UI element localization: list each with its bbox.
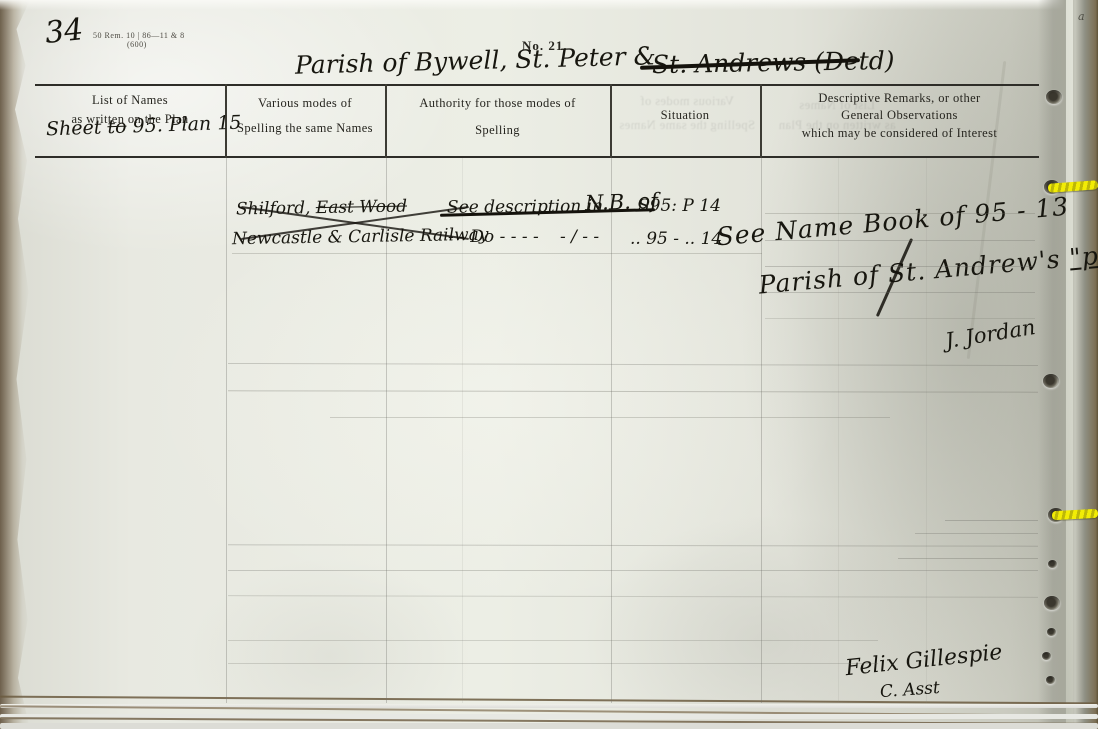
header-authority: Authority for those modes of (385, 96, 610, 111)
binding-hole (1047, 628, 1056, 636)
header-list-of-names: List of Names (35, 93, 225, 108)
bleed-through-text: as written on the Plan (772, 118, 902, 133)
bleed-through-text: Various modes of (612, 94, 762, 109)
binding-hole (1043, 374, 1059, 388)
column-divider-body (611, 158, 612, 703)
entry-name-struck: East Wood (316, 197, 408, 219)
surveyor-signature: Felix Gillespie (844, 640, 1003, 681)
torn-left-edge (0, 0, 30, 729)
table-header-rule (35, 156, 1039, 158)
bleed-through-text: Spelling the same Names (612, 118, 762, 133)
print-code-line2: (600) (93, 40, 185, 49)
binding-hole (1042, 652, 1051, 660)
header-authority-sub: Spelling (385, 123, 610, 138)
page-number: 34 (43, 12, 85, 51)
print-code: 50 Rem. 10 | 86—11 & 8 (600) (93, 31, 185, 49)
page-top-edge (0, 0, 1098, 10)
table-top-rule (35, 84, 1039, 86)
binding-hole (1044, 596, 1060, 610)
parish-title-handwriting: Parish of Bywell, St. Peter & (295, 41, 656, 79)
binding-hole (1046, 676, 1055, 684)
entry-situation-dashes: - / - - (560, 227, 599, 247)
header-various-modes: Various modes of (225, 96, 385, 111)
print-code-line1: 50 Rem. 10 | 86—11 & 8 (93, 31, 185, 40)
column-divider-body (226, 158, 227, 703)
binding-page-edge (1066, 0, 1073, 729)
sheet-note-rest: 95. Plan 15 (132, 112, 242, 138)
sheet-note-prefix: Sheet (46, 116, 102, 140)
entry-situation: .. 95 - .. 14 (630, 229, 722, 249)
remarks-signature: J. Jordan (944, 315, 1037, 353)
scanned-register-page: 34 50 Rem. 10 | 86—11 & 8 (600) a No. 21… (0, 0, 1098, 729)
corner-mark: a (1078, 10, 1085, 23)
bleed-through-text: List of Names (772, 98, 902, 113)
surveyor-title: C. Asst (879, 678, 940, 702)
header-various-modes-sub: Spelling the same Names (225, 121, 385, 136)
entry-situation: S95: P 14 (638, 196, 721, 216)
remarks-line: See Name Book of 95 - 13 (715, 192, 1070, 252)
binding-hole (1048, 560, 1057, 568)
binding-hole (1046, 90, 1062, 104)
sheet-note-struck: to (107, 116, 127, 139)
